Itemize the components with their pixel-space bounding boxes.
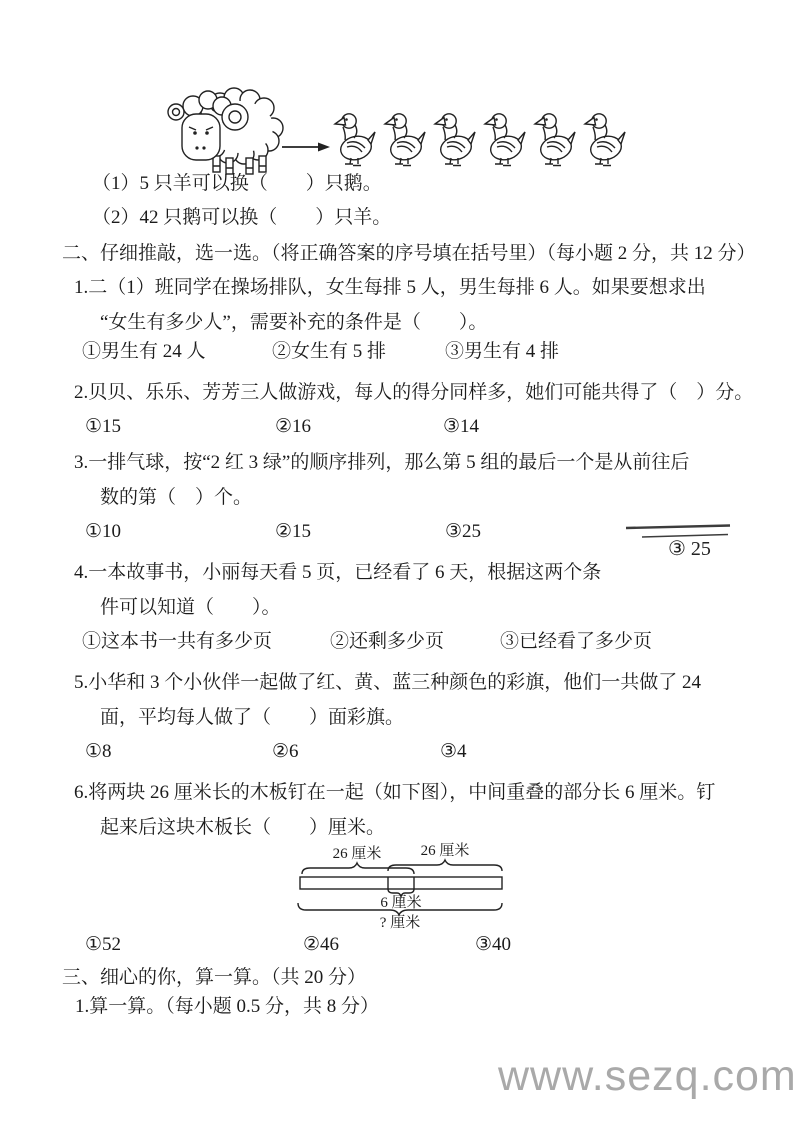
arrow-right-icon: [280, 138, 332, 156]
section2-heading: 二、仔细推敲，选一选。（将正确答案的序号填在括号里）（每小题 2 分，共 12 …: [62, 242, 756, 265]
exchange-question-1: （1）5 只羊可以换（ ）只鹅。: [92, 172, 382, 195]
q2-line1: 2.贝贝、乐乐、芳芳三人做游戏，每人的得分同样多，她们可能共得了（ ）分。: [74, 381, 753, 404]
exchange-question-2: （2）42 只鹅可以换（ ）只羊。: [92, 206, 391, 229]
q3-option-2: ②15: [275, 520, 311, 543]
section3-heading: 三、细心的你，算一算。（共 20 分）: [62, 966, 366, 989]
goose-icon: [532, 108, 576, 168]
q1-option-2: ②女生有 5 排: [272, 340, 386, 363]
watermark: www.sezq.com: [498, 1052, 798, 1101]
q3-line2: 数的第（ ）个。: [100, 486, 252, 509]
goose-icon: [432, 108, 476, 168]
q6-option-3: ③40: [475, 933, 511, 956]
diagram-right-label: 26 厘米: [421, 842, 470, 859]
board-diagram: 26 厘米 26 厘米 6 厘米 ? 厘米: [293, 843, 513, 938]
q3-option-3: ③25: [445, 520, 481, 543]
q2-option-1: ①15: [85, 415, 121, 438]
q5-line2: 面，平均每人做了（ ）面彩旗。: [100, 706, 404, 729]
q2-option-2: ②16: [275, 415, 311, 438]
sheep-icon: [158, 84, 282, 178]
q6-option-2: ②46: [303, 933, 339, 956]
diagram-overlap-label: 6 厘米: [380, 894, 421, 911]
q4-option-2: ②还剩多少页: [330, 630, 444, 653]
q3-option-1: ①10: [85, 520, 121, 543]
q1-line2: “女生有多少人”，需要补充的条件是（ ）。: [100, 311, 487, 334]
goose-icon: [482, 108, 526, 168]
section3-item1: 1.算一算。（每小题 0.5 分，共 8 分）: [75, 995, 379, 1018]
q1-option-1: ①男生有 24 人: [82, 340, 206, 363]
q6-line2: 起来后这块木板长（ ）厘米。: [100, 816, 385, 839]
q4-line1: 4.一本故事书，小丽每天看 5 页，已经看了 6 天，根据这两个条: [74, 561, 601, 584]
q5-line1: 5.小华和 3 个小伙伴一起做了红、黄、蓝三种颜色的彩旗，他们一共做了 24: [74, 671, 701, 694]
q5-option-3: ③4: [440, 740, 467, 763]
q5-option-2: ②6: [272, 740, 299, 763]
answer-annotation: ③ 25: [668, 536, 711, 561]
q3-line1: 3.一排气球，按“2 红 3 绿”的顺序排列，那么第 5 组的最后一个是从前往后: [74, 451, 689, 474]
diagram-left-label: 26 厘米: [333, 845, 382, 862]
goose-icon: [582, 108, 626, 168]
geese-row: [332, 108, 626, 168]
q5-option-1: ①8: [85, 740, 112, 763]
q4-option-3: ③已经看了多少页: [500, 630, 652, 653]
diagram-total-label: ? 厘米: [380, 914, 420, 931]
q6-line1: 6.将两块 26 厘米长的木板钉在一起（如下图），中间重叠的部分长 6 厘米。钉: [74, 781, 715, 804]
q4-line2: 件可以知道（ ）。: [100, 596, 281, 619]
goose-icon: [382, 108, 426, 168]
goose-icon: [332, 108, 376, 168]
q4-option-1: ①这本书一共有多少页: [82, 630, 272, 653]
q2-option-3: ③14: [443, 415, 479, 438]
exam-paper-page: （1）5 只羊可以换（ ）只鹅。 （2）42 只鹅可以换（ ）只羊。 二、仔细推…: [0, 0, 800, 1131]
q1-option-3: ③男生有 4 排: [445, 340, 559, 363]
q1-line1: 1.二（1）班同学在操场排队，女生每排 5 人，男生每排 6 人。如果要想求出: [74, 276, 706, 299]
q6-option-1: ①52: [85, 933, 121, 956]
